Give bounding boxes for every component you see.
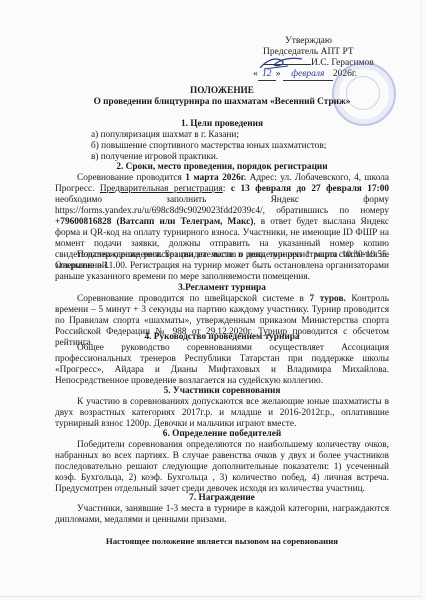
closing-statement: Настоящее положение является вызовом на … — [55, 536, 389, 547]
section-4-paragraph: Общее руководство соревнованиями осущест… — [55, 343, 389, 387]
section-6-heading: 6. Определение победителей — [55, 429, 389, 440]
section-5-paragraph: К участию в соревнованиях допускаются вс… — [55, 397, 389, 430]
goal-item: а) популяризация шахмат в г. Казани; — [91, 130, 239, 141]
section-7-heading: 7. Награждение — [55, 493, 389, 504]
section-7-paragraph: Участники, занявшие 1-3 места в турнире … — [55, 504, 389, 526]
tournament-date: 1 марта 2026г. — [185, 173, 246, 183]
section-2-paragraph-2: Подтверждение регистрации на месте в ден… — [55, 250, 389, 283]
goal-item: б) повышение спортивного мастерства юных… — [91, 141, 326, 152]
signature-icon — [258, 55, 304, 71]
contact-phone: +79600816828 (Ватсапп или Телеграм, Макс… — [55, 217, 253, 227]
section-4-heading: 4. Руководство проведением турнира — [55, 332, 389, 343]
document-page: Утверждаю Председатель АПТ РТ И.С. Герас… — [0, 0, 421, 597]
section-1-heading: 1. Цели проведения — [55, 119, 389, 130]
section-3-heading: 3.Регламент турнира — [55, 283, 389, 294]
document-subtitle: О проведении блицтурнира по шахматам «Ве… — [55, 97, 389, 108]
section-6-paragraph: Победители соревнования определяются по … — [55, 440, 389, 495]
document-title: ПОЛОЖЕНИЕ — [55, 86, 389, 97]
registration-form-link: необходимо заполнить Яндекс форму https:… — [55, 195, 389, 216]
rounds-count: 7 туров. — [310, 294, 346, 304]
registration-period: с 13 февраля до 27 февраля 17:00 — [231, 184, 389, 194]
section-5-heading: 5. Участники соревнования — [55, 386, 389, 397]
section-2-heading: 2. Сроки, место проведения, порядок реги… — [55, 162, 389, 173]
approval-heading: Утверждаю — [247, 36, 397, 47]
pre-registration-label: Предварительная регистрация — [100, 184, 223, 194]
